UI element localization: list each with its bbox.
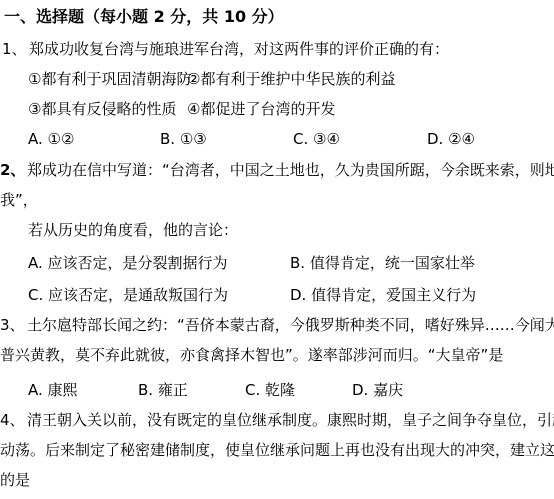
question-1-item-4: ④都促进了台湾的开发 (187, 101, 335, 118)
question-2-stem-text: 郑成功在信中写道：“台湾者，中国之土地也，久为贵国所踞，今余既来索，则地当归 (27, 161, 554, 179)
question-2-stem-line-1: 2、郑成功在信中写道：“台湾者，中国之土地也，久为贵国所踞，今余既来索，则地当归 (0, 162, 554, 179)
question-4-stem-line-1: 4、清王朝入关以前，没有既定的皇位继承制度。康熙时期，皇子之间争夺皇位，引起朝政 (0, 412, 554, 429)
question-3-stem-line-1: 3、土尔扈特部长闻之约：“吾侪本蒙古裔，今俄罗斯种类不同，嗜好殊异……今闻大皇帝 (0, 317, 554, 334)
question-2-option-b: B. 值得肯定，统一国家壮举 (290, 255, 475, 272)
question-3-option-d: D. 嘉庆 (352, 382, 403, 399)
question-2-stem-line-3: 若从历史的角度看，他的言论： (28, 222, 238, 239)
question-3-stem-text: 土尔扈特部长闻之约：“吾侪本蒙古裔，今俄罗斯种类不同，嗜好殊异……今闻大皇帝 (27, 316, 554, 334)
question-3-option-a: A. 康熙 (28, 382, 78, 399)
question-1-option-d: D. ②④ (427, 131, 475, 148)
question-2-option-a: A. 应该否定，是分裂割据行为 (28, 255, 228, 272)
question-3-option-b: B. 雍正 (138, 382, 188, 399)
question-4-stem-line-3: 的是 (0, 472, 30, 489)
question-1-option-a: A. ①② (28, 131, 74, 148)
question-1-option-b: B. ①③ (160, 131, 207, 148)
exam-document-page: 一、选择题（每小题 2 分，共 10 分） 1、郑成功收复台湾与施琅进军台湾，对… (0, 0, 554, 499)
question-4-number: 4、 (0, 412, 27, 429)
section-title: 一、选择题（每小题 2 分，共 10 分） (4, 8, 284, 25)
question-2-number: 2、 (0, 162, 27, 179)
question-1-item-2: ②都有利于维护中华民族的利益 (187, 71, 395, 88)
question-1-item-3: ③都具有反侵略的性质 (28, 101, 176, 118)
question-1-stem: 1、郑成功收复台湾与施琅进军台湾，对这两件事的评价正确的有： (2, 41, 449, 58)
question-1-number: 1、 (2, 41, 29, 58)
question-4-stem-text: 清王朝入关以前，没有既定的皇位继承制度。康熙时期，皇子之间争夺皇位，引起朝政 (27, 411, 554, 429)
question-2-option-d: D. 值得肯定，爱国主义行为 (290, 287, 476, 304)
question-3-stem-line-2: 普兴黄教，莫不弃此就彼，亦食禽择木智也”。遂率部涉河而归。“大皇帝”是 (0, 347, 503, 364)
question-1-option-c: C. ③④ (293, 131, 340, 148)
question-2-option-c: C. 应该否定，是通敌叛国行为 (28, 287, 228, 304)
question-2-stem-line-2: 我”， (0, 192, 38, 209)
question-1-stem-text: 郑成功收复台湾与施琅进军台湾，对这两件事的评价正确的有： (29, 40, 449, 58)
question-1-item-1: ①都有利于巩固清朝海防 (28, 71, 191, 88)
question-3-number: 3、 (0, 317, 27, 334)
question-4-stem-line-2: 动荡。后来制定了秘密建储制度，使皇位继承问题上再也没有出现大的冲突，建立这一制度 (0, 442, 554, 459)
question-3-option-c: C. 乾隆 (245, 382, 295, 399)
